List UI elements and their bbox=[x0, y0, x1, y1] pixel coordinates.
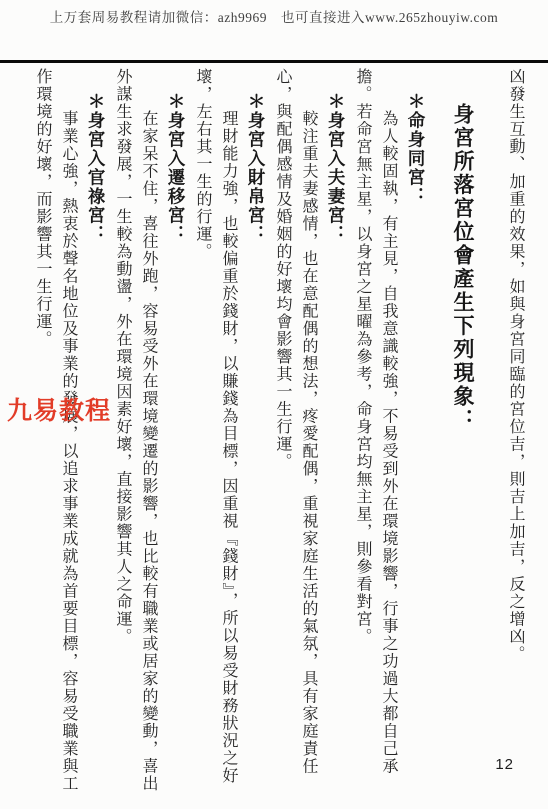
section-heading-qian-yi-gong: ＊身宮入遷移宮： bbox=[161, 68, 189, 796]
section-body-cai-bo-gong: 理財能力強，也較偏重於錢財，以賺錢為目標，因重視『錢財』，所以易受財務狀況之好壞… bbox=[189, 68, 241, 796]
book-page: 上万套周易教程请加微信：azh9969 也可直接进入www.265zhouyiw… bbox=[0, 0, 548, 809]
page-number: 12 bbox=[495, 756, 514, 773]
section-heading-fu-qi-gong: ＊身宮入夫妻宮： bbox=[321, 68, 349, 796]
main-heading: 身宮所落宮位會產生下列現象： bbox=[448, 68, 478, 796]
section-heading-guan-lu-gong: ＊身宮入官祿宮： bbox=[81, 68, 109, 796]
vertical-text-content: 凶發生互動、加重的效果，如與身宮同臨的宮位吉，則吉上加吉，反之增凶。 身宮所落宮… bbox=[29, 68, 528, 796]
red-watermark-text: 九易教程 bbox=[7, 391, 111, 427]
section-heading-ming-shen-tong-gong: ＊命身同宮： bbox=[401, 68, 429, 796]
header-divider-rule bbox=[0, 60, 548, 63]
section-body-guan-lu-gong: 事業心強，熱衷於聲名地位及事業的發展，以追求事業成就為首要目標，容易受職業與工作… bbox=[29, 68, 81, 796]
section-body-ming-shen-tong-gong: 為人較固執，有主見，自我意識較強，不易受到外在環境影響，行事之功過大都自己承擔。… bbox=[349, 68, 401, 796]
section-body-fu-qi-gong: 較注重夫妻感情，也在意配偶的想法，疼愛配偶，重視家庭生活的氣氛，具有家庭責任心，… bbox=[269, 68, 321, 796]
section-heading-cai-bo-gong: ＊身宮入財帛宮： bbox=[241, 68, 269, 796]
promo-header-text: 上万套周易教程请加微信：azh9969 也可直接进入www.265zhouyiw… bbox=[0, 6, 548, 26]
section-body-qian-yi-gong: 在家呆不住，喜往外跑，容易受外在環境變遷的影響，也比較有職業或居家的變動，喜出外… bbox=[109, 68, 161, 796]
intro-continuation-paragraph: 凶發生互動、加重的效果，如與身宮同臨的宮位吉，則吉上加吉，反之增凶。 bbox=[502, 68, 528, 796]
